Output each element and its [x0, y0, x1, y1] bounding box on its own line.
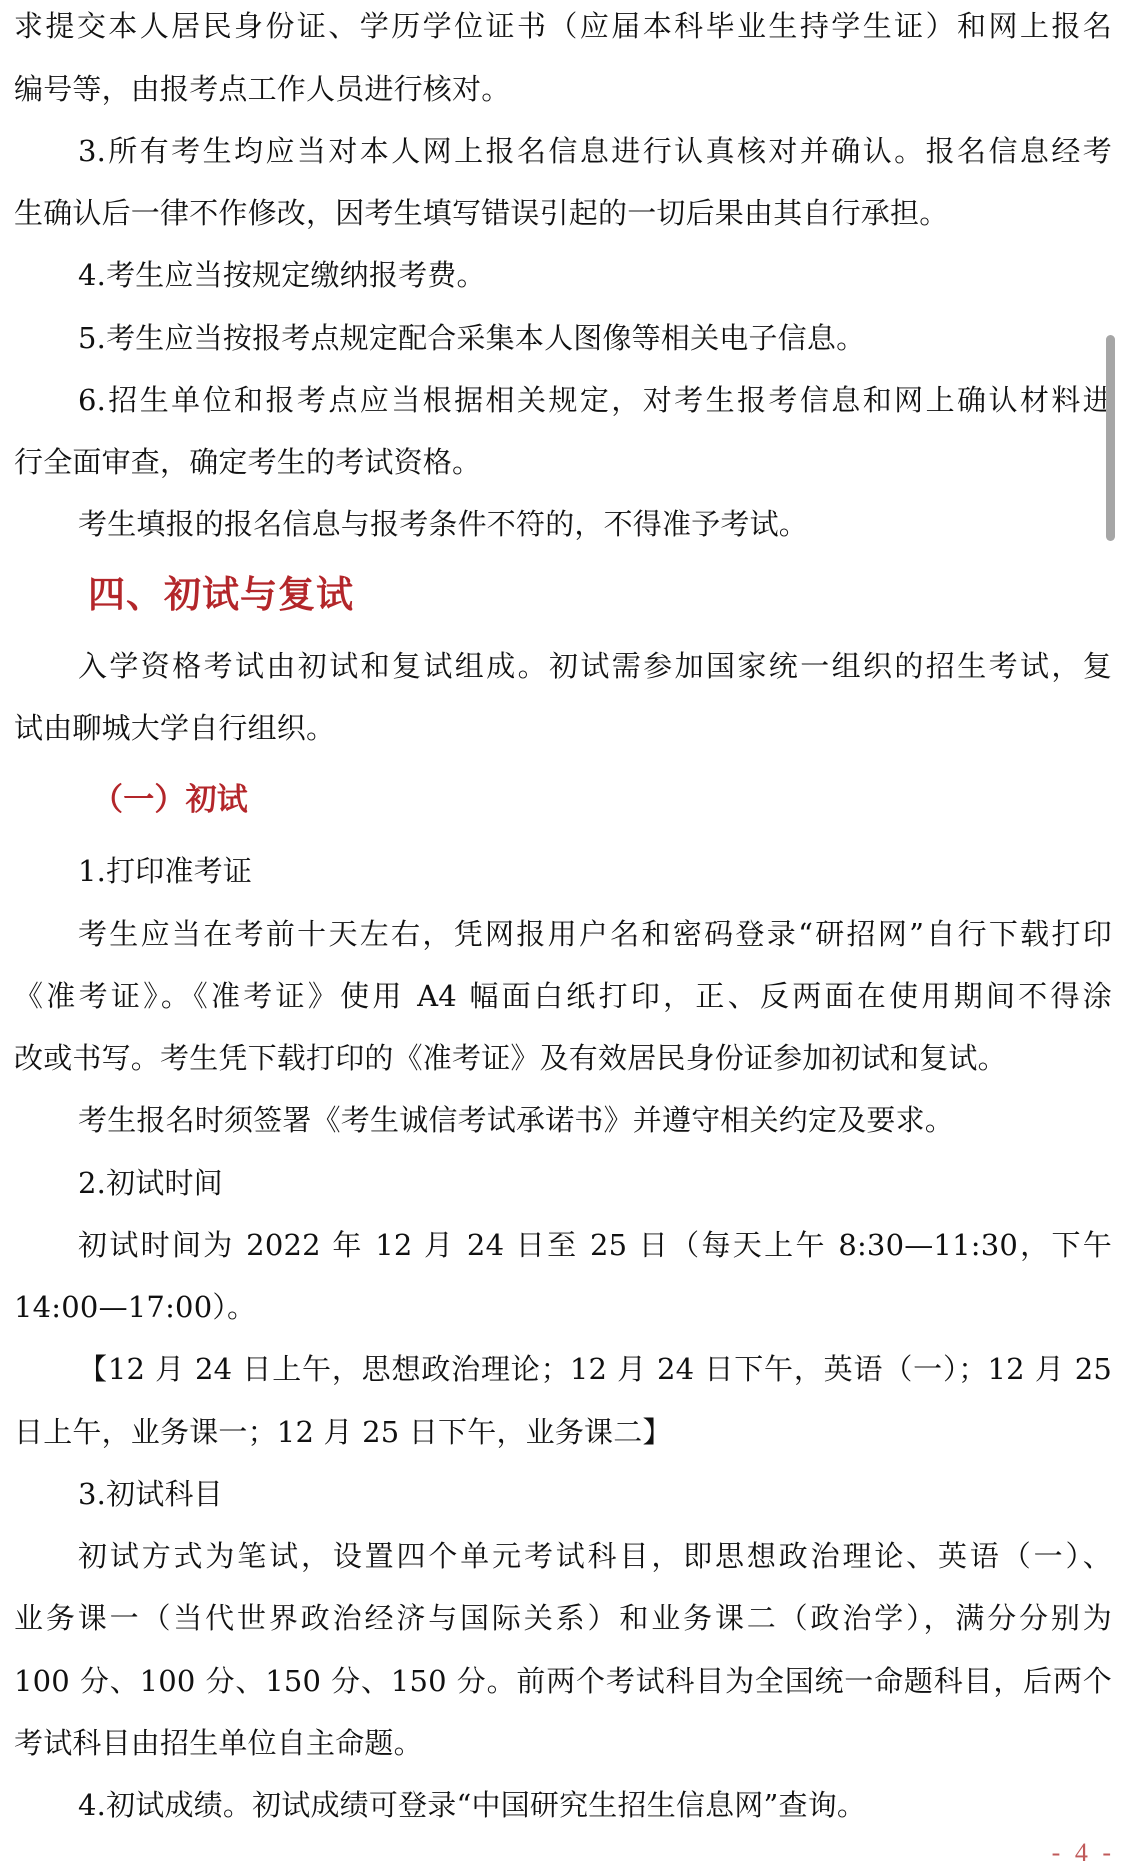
text-line: 100 分、100 分、150 分、150 分。前两个考试科目为全国统一命题科目…: [14, 1663, 1112, 1699]
text-line: 考生应当在考前十天左右，凭网报用户名和密码登录“研招网”自行下载打印: [78, 916, 1112, 952]
text-line: 考生填报的报名信息与报考条件不符的，不得准予考试。: [78, 506, 1112, 542]
text-line: 改或书写。考生凭下载打印的《准考证》及有效居民身份证参加初试和复试。: [14, 1040, 1112, 1076]
list-item-4: 4.考生应当按规定缴纳报考费。: [78, 257, 1112, 293]
page-number: - 4 -: [1052, 1838, 1115, 1868]
text-line: 生确认后一律不作修改，因考生填写错误引起的一切后果由其自行承担。: [14, 195, 1112, 231]
exam-schedule-line: 日上午，业务课一；12 月 25 日下午，业务课二】: [14, 1414, 1112, 1450]
text-line: 初试方式为笔试，设置四个单元考试科目，即思想政治理论、英语（一）、: [78, 1538, 1112, 1574]
text-line: 《准考证》。《准考证》使用 A4 幅面白纸打印，正、反两面在使用期间不得涂: [14, 978, 1112, 1014]
list-item-3: 3.所有考生均应当对本人网上报名信息进行认真核对并确认。报名信息经考: [78, 133, 1112, 169]
subsection-heading: （一）初试: [92, 782, 1125, 818]
text-line: 初试时间为 2022 年 12 月 24 日至 25 日（每天上午 8:30—1…: [78, 1227, 1112, 1263]
text-line: 编号等，由报考点工作人员进行核对。: [14, 71, 1112, 107]
text-line: 业务课一（当代世界政治经济与国际关系）和业务课二（政治学），满分分别为: [14, 1600, 1112, 1636]
text-line: 考试科目由招生单位自主命题。: [14, 1725, 1112, 1761]
text-line: 试由聊城大学自行组织。: [14, 710, 1112, 746]
list-item-exam-score: 4.初试成绩。初试成绩可登录“中国研究生招生信息网”查询。: [78, 1787, 1112, 1823]
text-line: 考生报名时须签署《考生诚信考试承诺书》并遵守相关约定及要求。: [78, 1102, 1112, 1138]
item-heading-exam-subjects: 3.初试科目: [78, 1476, 1112, 1512]
text-line: 行全面审查，确定考生的考试资格。: [14, 444, 1112, 480]
item-heading-exam-time: 2.初试时间: [78, 1165, 1112, 1201]
list-item-6: 6.招生单位和报考点应当根据相关规定，对考生报考信息和网上确认材料进: [78, 382, 1112, 418]
text-line: 14:00—17:00）。: [14, 1289, 1112, 1325]
list-item-5: 5.考生应当按报考点规定配合采集本人图像等相关电子信息。: [78, 320, 1112, 356]
item-heading-print-admission-ticket: 1.打印准考证: [78, 853, 1112, 889]
vertical-scrollbar-thumb[interactable]: [1106, 335, 1115, 541]
section-heading: 四、初试与复试: [88, 573, 1125, 617]
text-line: 求提交本人居民身份证、学历学位证书（应届本科毕业生持学生证）和网上报名: [14, 8, 1112, 44]
text-line: 入学资格考试由初试和复试组成。初试需参加国家统一组织的招生考试，复: [78, 648, 1112, 684]
document-page: 求提交本人居民身份证、学历学位证书（应届本科毕业生持学生证）和网上报名 编号等，…: [0, 0, 1125, 1875]
exam-schedule-line: 【12 月 24 日上午，思想政治理论；12 月 24 日下午，英语（一）；12…: [78, 1351, 1112, 1387]
